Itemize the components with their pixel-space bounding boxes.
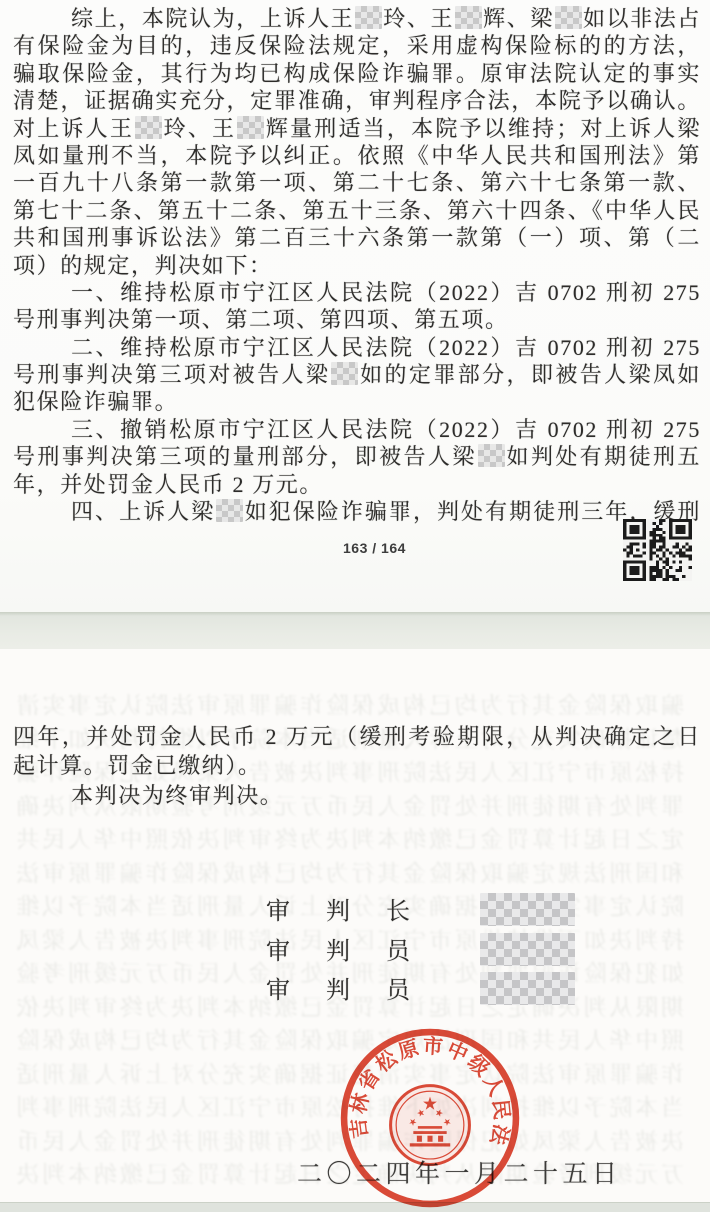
document-line: 凤如量刑不当，本院予以纠正。依照《中华人民共和国刑法》第 xyxy=(13,142,701,169)
national-emblem-icon xyxy=(391,1086,470,1165)
signature-block: 审 判 长 审 判 员 审 判 员 xyxy=(0,889,710,1008)
document-line: 共和国刑事诉讼法》第二百三十六条第一款第（一）项、第（二 xyxy=(13,224,701,251)
page-separator xyxy=(0,612,710,649)
document-line: 综上，本院认为，上诉人王玲、王辉、梁如以非法占 xyxy=(13,5,701,32)
judgment-body-text: 综上，本院认为，上诉人王玲、王辉、梁如以非法占有保险金为目的，违反保险法规定，采… xyxy=(13,5,701,525)
judge-role-label: 审 判 员 xyxy=(266,931,416,966)
redaction-mosaic xyxy=(216,499,243,522)
redaction-mosaic xyxy=(331,362,358,385)
document-line: 号刑事判决第一项、第二项、第四项、第五项。 xyxy=(13,306,701,333)
document-line: 犯保险诈骗罪。 xyxy=(13,388,701,415)
judgment-page-164: 骗取保险金其行为均已构成保险诈骗罪原审法院认定事实清楚证据确实充分对上诉人量刑适… xyxy=(0,649,710,1202)
document-line: 年，并处罚金人民币 2 万元。 xyxy=(13,471,701,498)
document-line: 四、上诉人梁如犯保险诈骗罪，判处有期徒刑三年，缓刑 xyxy=(13,498,701,525)
signature-row: 审 判 员 xyxy=(0,929,710,969)
signature-row: 审 判 员 xyxy=(0,968,710,1008)
document-line: 四年，并处罚金人民币 2 万元（缓刑考验期限，从判决确定之日 xyxy=(13,722,701,751)
redacted-judge-name xyxy=(480,972,575,1005)
qr-code-icon xyxy=(623,519,692,581)
document-line: 对上诉人王玲、王辉量刑适当，本院予以维持；对上诉人梁 xyxy=(13,115,701,142)
redaction-mosaic xyxy=(455,6,482,29)
document-line: 一百九十八条第一款第一项、第二十七条、第六十七条第一款、 xyxy=(13,169,701,196)
document-line: 起计算。罚金已缴纳）。 xyxy=(13,751,701,780)
redacted-judge-name xyxy=(480,893,575,926)
document-line: 骗取保险金，其行为均已构成保险诈骗罪。原审法院认定的事实 xyxy=(13,60,701,87)
document-line: 二、维持松原市宁江区人民法院（2022）吉 0702 刑初 275 xyxy=(13,334,701,361)
document-line: 项）的规定，判决如下： xyxy=(13,252,701,279)
scanned-court-judgment: 综上，本院认为，上诉人王玲、王辉、梁如以非法占有保险金为目的，违反保险法规定，采… xyxy=(0,0,710,1212)
redaction-mosaic xyxy=(355,6,382,29)
document-line: 第七十二条、第五十二条、第五十三条、第六十四条、《中华人民 xyxy=(13,197,701,224)
signature-row: 审 判 长 xyxy=(0,889,710,929)
redaction-mosaic xyxy=(478,444,505,467)
document-line: 清楚，证据确实充分，定罪准确，审判程序合法，本院予以确认。 xyxy=(13,87,701,114)
document-line: 本判决为终审判决。 xyxy=(13,781,701,810)
document-line: 号刑事判决第三项对被告人梁如的定罪部分，即被告人梁凤如 xyxy=(13,361,701,388)
document-line: 三、撤销松原市宁江区人民法院（2022）吉 0702 刑初 275 xyxy=(13,416,701,443)
page-indicator: 163 / 164 xyxy=(343,540,406,556)
judge-role-label: 审 判 员 xyxy=(266,970,416,1005)
document-line: 有保险金为目的，违反保险法规定，采用虚构保险标的的方法， xyxy=(13,32,701,59)
document-line: 号刑事判决第三项的量刑部分，即被告人梁如判处有期徒刑五 xyxy=(13,443,701,470)
judgment-page-163: 综上，本院认为，上诉人王玲、王辉、梁如以非法占有保险金为目的，违反保险法规定，采… xyxy=(0,0,710,612)
document-line: 一、维持松原市宁江区人民法院（2022）吉 0702 刑初 275 xyxy=(13,279,701,306)
redaction-mosaic xyxy=(237,116,264,139)
redaction-mosaic xyxy=(135,116,162,139)
judge-role-label: 审 判 长 xyxy=(266,891,416,926)
redacted-judge-name xyxy=(480,933,575,966)
judgment-body-text-continued: 四年，并处罚金人民币 2 万元（缓刑考验期限，从判决确定之日起计算。罚金已缴纳）… xyxy=(13,722,701,810)
court-seal-icon: 吉林省松原市中级人民法院 xyxy=(338,1026,522,1210)
redaction-mosaic xyxy=(555,6,582,29)
